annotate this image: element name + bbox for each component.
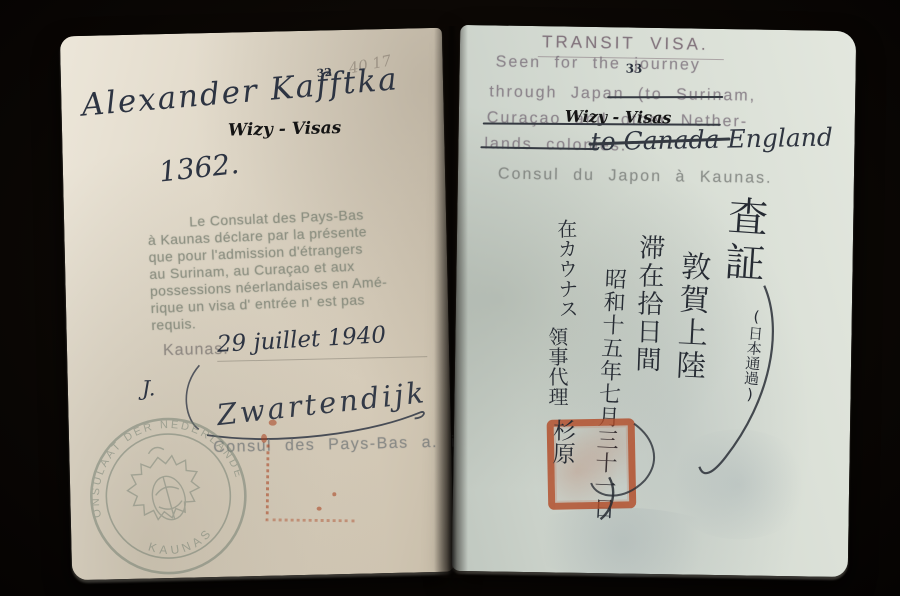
england-text: England [727,123,833,154]
left-page: 40 17 32 Alexander Kafftka Wizy - Visas … [60,28,454,581]
coat-of-arms-emblem [118,439,207,529]
right-page: TRANSIT VISA. 33 Seen for the journey th… [452,25,857,577]
transit-visa-header: TRANSIT VISA. [542,32,709,55]
signature-prefix: J. [142,376,156,400]
curacao-declaration-stamp: Le Consulat des Pays-Bas à Kaunas déclar… [147,203,462,334]
holder-name: Alexander Kafftka [80,61,400,123]
visa-number: 1362. [157,147,240,189]
consul-japon-line: Consul du Japon à Kaunas. [498,166,773,188]
red-ink-speck [332,492,336,496]
through-japan-line: through Japan (to Surinam, [489,83,756,105]
passport-photo: 40 17 32 Alexander Kafftka Wizy - Visas … [0,0,900,596]
red-ink-speck [261,434,267,443]
sugihara-name-column: 杉原 [545,418,579,465]
seen-for-journey-line: Seen for the journey [496,53,701,74]
red-seal-offset-mark [266,444,356,522]
brush-flourish-strokes [512,186,837,531]
through-japan-text: through Japan [489,83,638,102]
pen-strike [607,96,723,98]
wizy-visas-label-left: Wizy - Visas [228,118,342,141]
